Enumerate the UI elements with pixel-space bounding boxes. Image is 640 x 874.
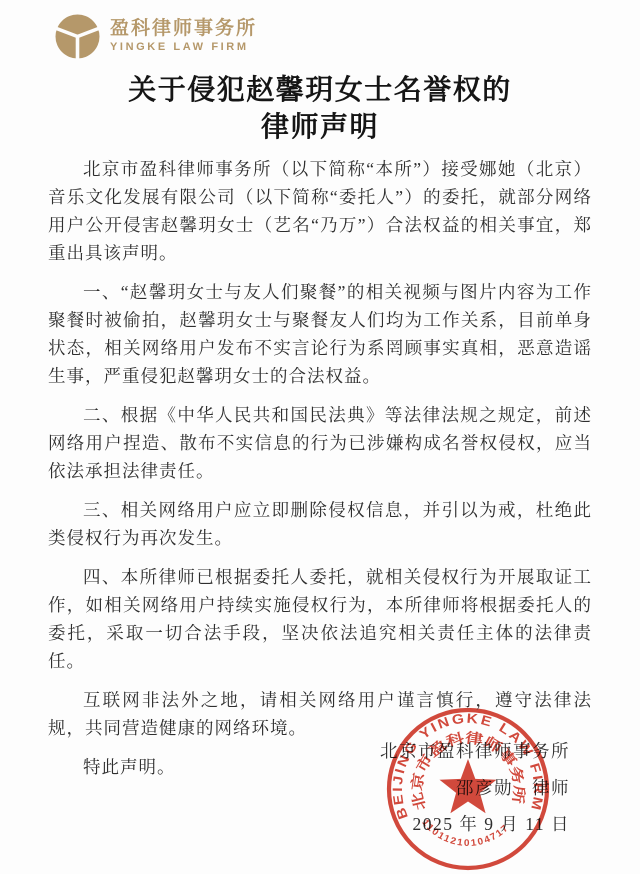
lawyer-statement-document: 盈科律师事务所 YINGKE LAW FIRM 关于侵犯赵馨玥女士名誉权的 律师… bbox=[0, 0, 640, 874]
yingke-logo-icon bbox=[55, 14, 100, 59]
statement-title-line1: 关于侵犯赵馨玥女士名誉权的 bbox=[40, 72, 600, 109]
paragraph-item-3: 三、相关网络用户应立即删除侵权信息，并引以为戒，杜绝此类侵权行为再次发生。 bbox=[48, 496, 592, 552]
firm-name-en: YINGKE LAW FIRM bbox=[110, 42, 257, 54]
signature-firm: 北京市盈科律师事务所 bbox=[380, 733, 570, 770]
paragraph-item-2: 二、根据《中华人民共和国民法典》等法律法规之规定，前述网络用户捏造、散布不实信息… bbox=[48, 401, 592, 485]
firm-name-cn: 盈科律师事务所 bbox=[110, 19, 257, 39]
signature-lawyer: 邵彦勋 律师 bbox=[380, 770, 570, 807]
paragraph-intro: 北京市盈科律师事务所（以下简称“本所”）接受娜她（北京）音乐文化发展有限公司（以… bbox=[48, 155, 592, 267]
firm-logo: 盈科律师事务所 YINGKE LAW FIRM bbox=[55, 14, 257, 59]
paragraph-item-1: 一、“赵馨玥女士与友人们聚餐”的相关视频与图片内容为工作聚餐时被偷拍，赵馨玥女士… bbox=[48, 278, 592, 390]
signature-block: 北京市盈科律师事务所 邵彦勋 律师 2025 年 9 月 11 日 bbox=[380, 733, 570, 843]
statement-title: 关于侵犯赵馨玥女士名誉权的 律师声明 bbox=[40, 72, 600, 146]
signature-date: 2025 年 9 月 11 日 bbox=[380, 806, 570, 843]
paragraph-item-4: 四、本所律师已根据委托人委托，就相关侵权行为开展取证工作，如相关网络用户持续实施… bbox=[48, 563, 592, 675]
statement-title-line2: 律师声明 bbox=[40, 109, 600, 146]
statement-body: 北京市盈科律师事务所（以下简称“本所”）接受娜她（北京）音乐文化发展有限公司（以… bbox=[0, 155, 640, 781]
